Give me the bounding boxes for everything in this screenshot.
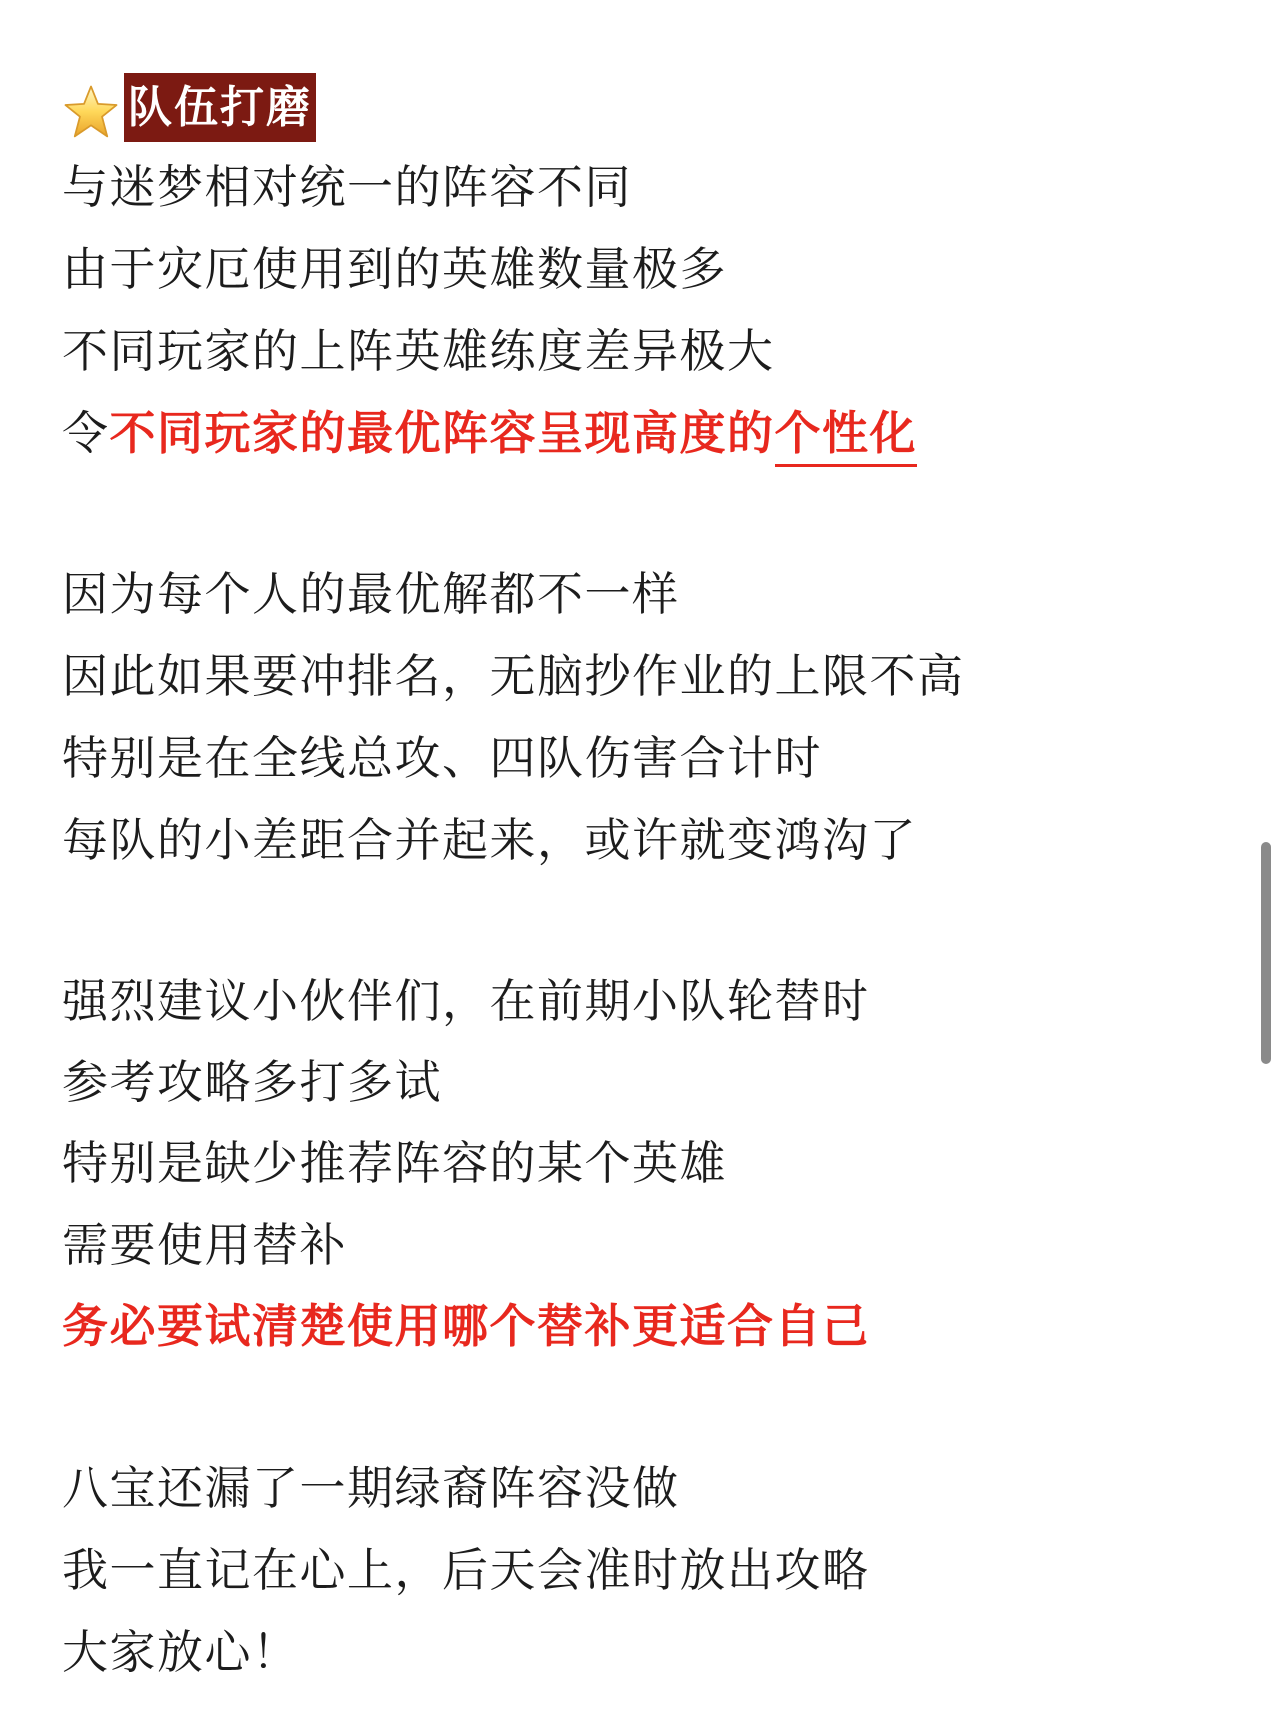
line-text: 强烈建议小伙伴们，在前期小队轮替时 <box>62 974 870 1028</box>
text-line: 令不同玩家的最优阵容呈现高度的个性化 <box>62 409 917 457</box>
text-line: 参考攻略多打多试 <box>62 1058 442 1106</box>
emphasis-text: 不同玩家的最优阵容呈现高度的 <box>110 406 775 460</box>
text-line: 我一直记在心上，后天会准时放出攻略 <box>62 1546 870 1594</box>
text-line: 与迷梦相对统一的阵容不同 <box>62 163 632 211</box>
text-line: 大家放心！ <box>62 1628 300 1676</box>
line-text: 参考攻略多打多试 <box>62 1055 442 1109</box>
text-line: 务必要试清楚使用哪个替补更适合自己 <box>62 1302 870 1350</box>
line-text: 因此如果要冲排名，无脑抄作业的上限不高 <box>62 649 965 703</box>
text-line: 不同玩家的上阵英雄练度差异极大 <box>62 327 775 375</box>
text-line: 强烈建议小伙伴们，在前期小队轮替时 <box>62 977 870 1025</box>
line-text: 每队的小差距合并起来，或许就变鸿沟了 <box>62 813 917 867</box>
text-line: 因为每个人的最优解都不一样 <box>62 570 680 618</box>
emphasis-text: 务必要试清楚使用哪个替补更适合自己 <box>62 1299 870 1353</box>
text-line: 八宝还漏了一期绿裔阵容没做 <box>62 1464 680 1512</box>
text-line: 因此如果要冲排名，无脑抄作业的上限不高 <box>62 652 965 700</box>
line-text: 与迷梦相对统一的阵容不同 <box>62 160 632 214</box>
line-text: 由于灾厄使用到的英雄数量极多 <box>62 242 727 296</box>
text-line: 每队的小差距合并起来，或许就变鸿沟了 <box>62 816 917 864</box>
line-text: 我一直记在心上，后天会准时放出攻略 <box>62 1543 870 1597</box>
underlined-emphasis-text: 个性化 <box>775 406 918 467</box>
line-text: 特别是缺少推荐阵容的某个英雄 <box>62 1136 727 1190</box>
line-text: 大家放心！ <box>62 1625 300 1679</box>
text-line: 需要使用替补 <box>62 1221 347 1269</box>
line-text: 需要使用替补 <box>62 1218 347 1272</box>
line-text: 八宝还漏了一期绿裔阵容没做 <box>62 1461 680 1515</box>
section-title: 队伍打磨 <box>124 73 316 142</box>
text-line: 由于灾厄使用到的英雄数量极多 <box>62 245 727 293</box>
section-header: 队伍打磨 <box>62 73 316 142</box>
line-text: 令 <box>62 406 110 460</box>
text-line: 特别是缺少推荐阵容的某个英雄 <box>62 1139 727 1187</box>
line-text: 特别是在全线总攻、四队伤害合计时 <box>62 731 822 785</box>
scrollbar-thumb[interactable] <box>1261 842 1271 1064</box>
line-text: 因为每个人的最优解都不一样 <box>62 567 680 621</box>
text-line: 特别是在全线总攻、四队伤害合计时 <box>62 734 822 782</box>
star-icon <box>62 83 120 141</box>
line-text: 不同玩家的上阵英雄练度差异极大 <box>62 324 775 378</box>
